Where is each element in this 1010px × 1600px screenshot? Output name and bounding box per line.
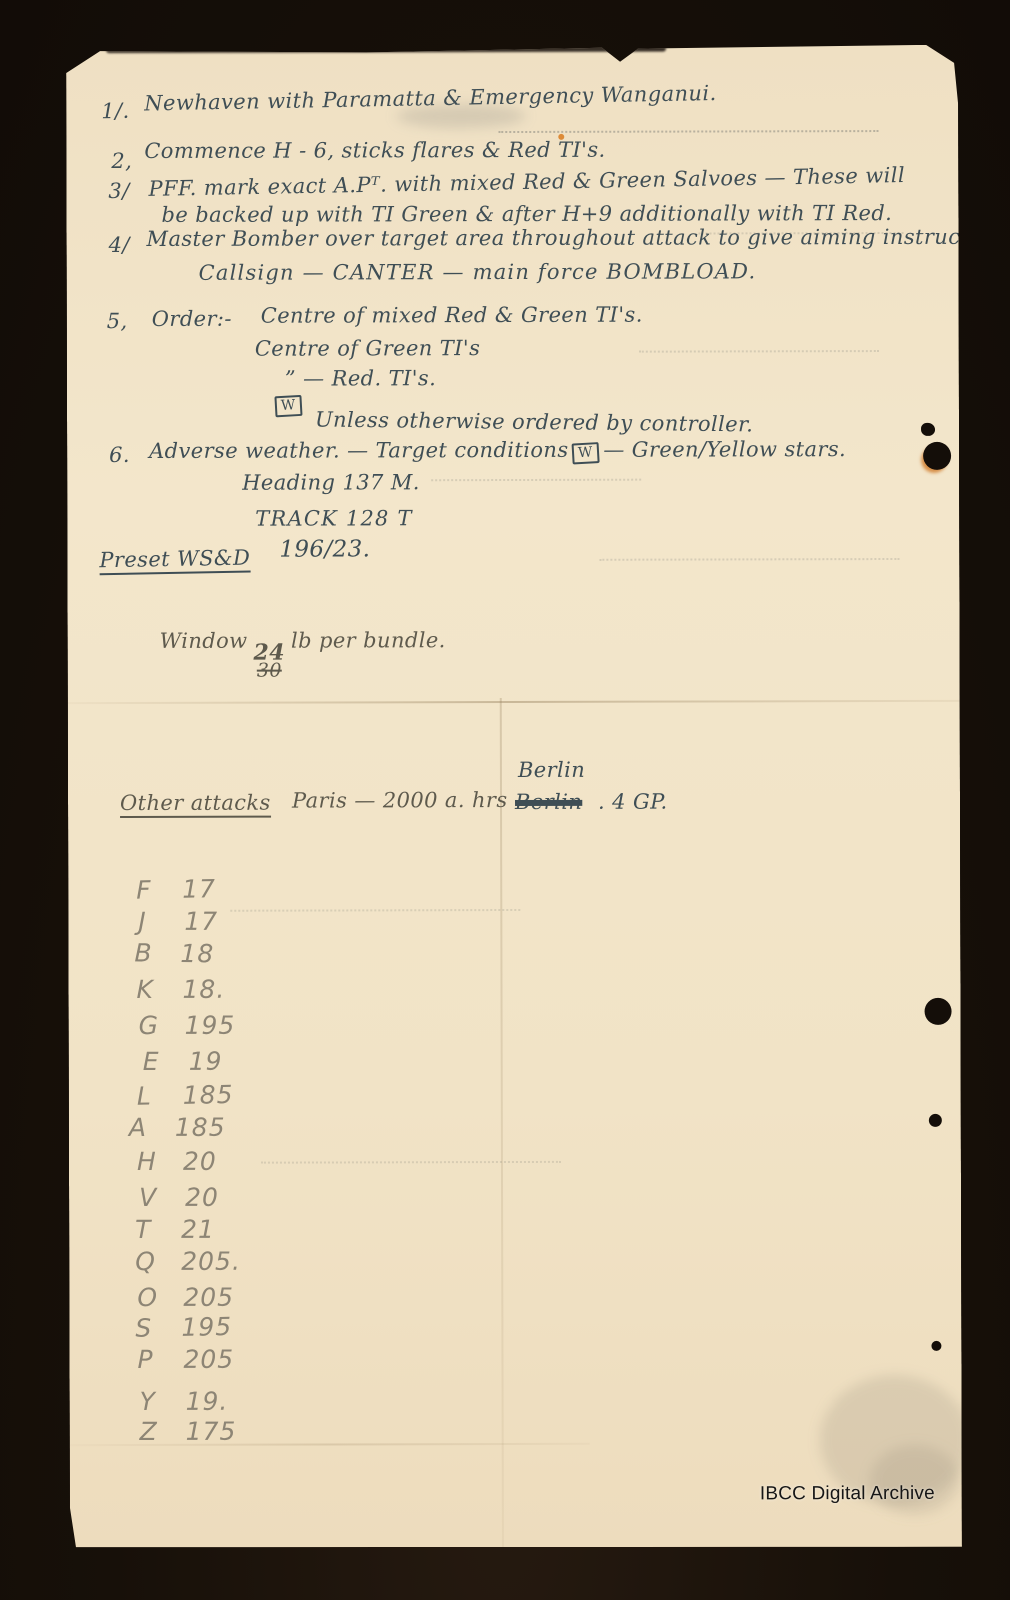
aircraft-height: 18 [180, 939, 214, 968]
item-2-text: Commence H - 6, sticks flares & Red TI's… [144, 138, 605, 163]
aircraft-height: 195 [181, 1312, 232, 1342]
aircraft-letter: V [139, 1183, 185, 1212]
burn-hole-large [923, 442, 951, 470]
fold-crease-vertical [500, 698, 504, 1548]
aircraft-letter: O [137, 1283, 183, 1312]
other-attacks-struck-word: Berlin [515, 790, 582, 814]
item-3-number: 3/ [108, 179, 129, 203]
aircraft-row: E19 [143, 1047, 223, 1076]
aircraft-height: 205 [183, 1283, 234, 1312]
item-6-text: Adverse weather. — Target conditionsW— G… [149, 437, 846, 465]
window-line: Window2430lb per bundle. [160, 628, 446, 679]
item-4-line1: Master Bomber over target area throughou… [147, 225, 1010, 251]
aircraft-row: S195 [135, 1312, 232, 1343]
aircraft-letter: E [143, 1047, 189, 1076]
aircraft-letter: A [129, 1113, 175, 1142]
aircraft-letter: T [135, 1215, 181, 1244]
aircraft-row: F17 [136, 874, 216, 904]
item-2-number: 2, [111, 149, 132, 173]
other-attacks-correction: Berlin [518, 758, 585, 782]
other-attacks-group: . 4 GP. [598, 790, 668, 814]
window-prefix: Window [160, 629, 248, 653]
other-attacks-paris: Paris — 2000 a. hrs [292, 788, 508, 813]
aircraft-letter: Y [140, 1387, 186, 1416]
aircraft-row: P205 [137, 1345, 234, 1374]
aircraft-height: 185 [175, 1113, 226, 1142]
ruled-dotted-line [261, 1160, 561, 1164]
window-amended-weight: 2430 [254, 644, 286, 679]
aircraft-height: 205 [183, 1345, 234, 1374]
item-4-number: 4/ [109, 233, 130, 257]
item-3-line2: be backed up with TI Green & after H+9 a… [161, 201, 892, 227]
aircraft-letter: F [136, 875, 183, 905]
aircraft-row: B18 [134, 938, 214, 968]
aircraft-height: 19 [189, 1047, 223, 1076]
aircraft-row: L185 [137, 1080, 234, 1111]
ruled-dotted-line [431, 478, 641, 482]
aircraft-height: 21 [181, 1215, 215, 1244]
ruled-dotted-line [639, 349, 879, 353]
aircraft-height: 17 [182, 874, 216, 904]
item-6-before: Adverse weather. — Target conditions [149, 438, 568, 463]
aircraft-letter: J [138, 907, 184, 936]
struck-word: Berlin [515, 790, 582, 814]
item-5-note: Unless otherwise ordered by controller. [315, 407, 754, 436]
punch-hole [925, 998, 952, 1025]
fold-crease-horizontal [68, 700, 960, 704]
aircraft-height: 19. [186, 1387, 229, 1416]
aircraft-row: V20 [139, 1183, 219, 1212]
paper-top-edge-shadow [106, 46, 666, 53]
track-value: TRACK 128 T [255, 506, 412, 530]
aircraft-row: A185 [129, 1113, 226, 1142]
aircraft-height: 17 [184, 907, 218, 936]
wanganui-symbol-icon: W [274, 395, 302, 417]
ruled-dotted-line [599, 557, 899, 561]
item-5-order-2: Centre of Green TI's [255, 336, 480, 361]
burn-hole-small [921, 423, 935, 436]
aircraft-row: O205 [137, 1283, 234, 1312]
ruled-dotted-line [498, 129, 878, 133]
aircraft-letter: Z [140, 1417, 186, 1446]
item-6-number: 6. [109, 443, 130, 467]
burn-hole-small [929, 1114, 942, 1127]
aircraft-height: 18. [182, 975, 225, 1004]
item-6-after: — Green/Yellow stars. [603, 437, 846, 462]
aircraft-letter: L [137, 1081, 184, 1111]
burn-hole-small [931, 1341, 941, 1351]
aircraft-letter: H [137, 1147, 183, 1176]
aircraft-row: Y19. [140, 1387, 229, 1416]
aircraft-height: 175 [186, 1417, 237, 1446]
ruled-dotted-line [230, 908, 520, 912]
aircraft-height: 185 [183, 1080, 234, 1110]
wanganui-symbol-icon: W [572, 442, 600, 464]
preset-wind-line: Preset WS&D [99, 546, 250, 573]
preset-wind-label: Preset WS&D [99, 546, 250, 576]
aircraft-letter: P [137, 1345, 183, 1374]
other-attacks-label: Other attacks [120, 791, 271, 818]
aircraft-height: 205. [181, 1247, 241, 1276]
aircraft-letter: K [136, 975, 182, 1004]
aircraft-row: H20 [137, 1147, 217, 1176]
aircraft-letter: S [135, 1313, 182, 1343]
aircraft-letter: G [139, 1011, 185, 1040]
aircraft-height: 20 [185, 1183, 219, 1212]
item-5-number: 5, [107, 309, 128, 333]
aircraft-row: J17 [138, 907, 218, 936]
aircraft-row: K18. [136, 975, 225, 1004]
preset-wind-value: 196/23. [279, 536, 370, 562]
item-1-number: 1/. [101, 99, 130, 124]
other-attacks-line: Other attacks [120, 791, 271, 815]
aircraft-letter: B [134, 938, 180, 968]
aircraft-height: 20 [183, 1147, 217, 1176]
aircraft-row: Q205. [135, 1247, 241, 1276]
item-3-line1: PFF. mark exact A.Pᵀ. with mixed Red & G… [148, 163, 905, 201]
aircraft-row: G195 [139, 1011, 236, 1040]
item-5-wanganui-symbol-line: W [271, 391, 306, 417]
archive-watermark: IBCC Digital Archive [760, 1483, 935, 1505]
aircraft-letter: Q [135, 1247, 181, 1276]
aircraft-row: Z175 [140, 1417, 237, 1446]
item-4-line2: Callsign — CANTER — main force BOMBLOAD. [199, 259, 757, 284]
item-5-order-1: Centre of mixed Red & Green TI's. [261, 303, 643, 328]
item-5-label: Order:- [152, 307, 232, 331]
handwritten-briefing-page: 1/. Newhaven with Paramatta & Emergency … [66, 45, 962, 1549]
aircraft-height: 195 [185, 1011, 236, 1040]
heading-value: Heading 137 M. [242, 470, 420, 494]
item-5-order-3: ” — Red. TI's. [285, 366, 436, 390]
aircraft-row: T21 [135, 1215, 215, 1244]
window-suffix: lb per bundle. [291, 628, 446, 652]
window-old-value-struck: 30 [257, 662, 282, 678]
